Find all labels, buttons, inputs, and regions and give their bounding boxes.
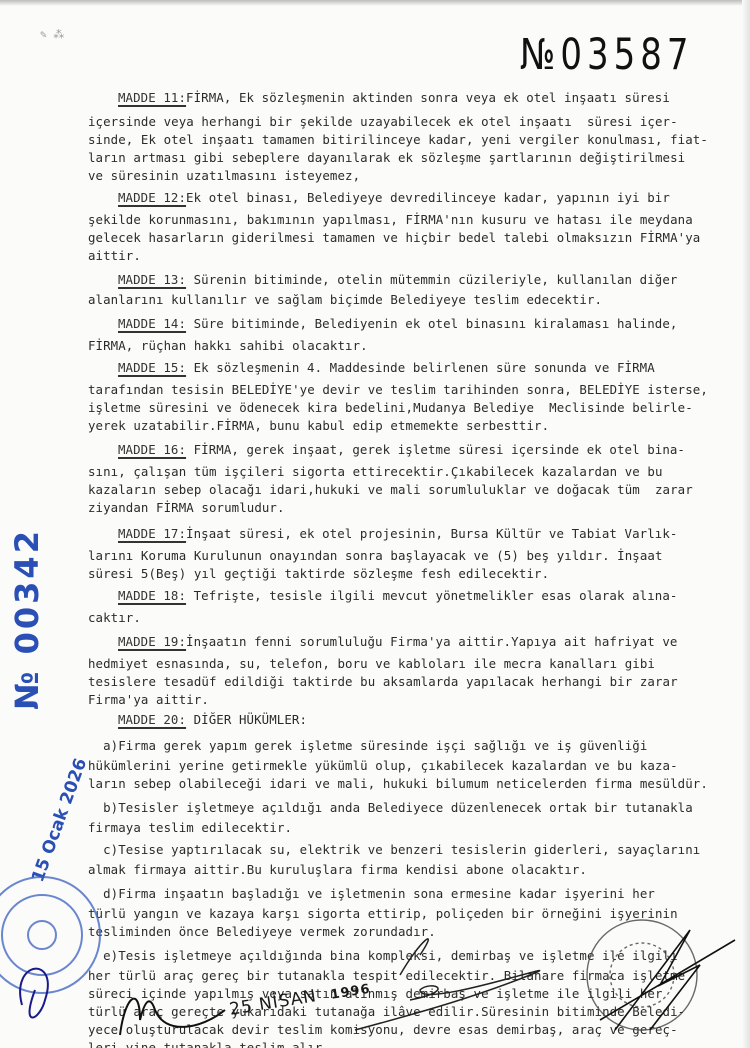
document-page: ✎ ⁂ №03587 MADDE 11:FİRMA, Ek sözleşmeni… [0, 0, 750, 1048]
round-seal-left-icon [0, 877, 100, 993]
signature-bottom-left-icon [120, 999, 225, 1035]
stamps-and-signatures [0, 0, 750, 1048]
signature-right-icon [600, 930, 735, 1030]
signature-middle-icon [355, 939, 540, 1030]
